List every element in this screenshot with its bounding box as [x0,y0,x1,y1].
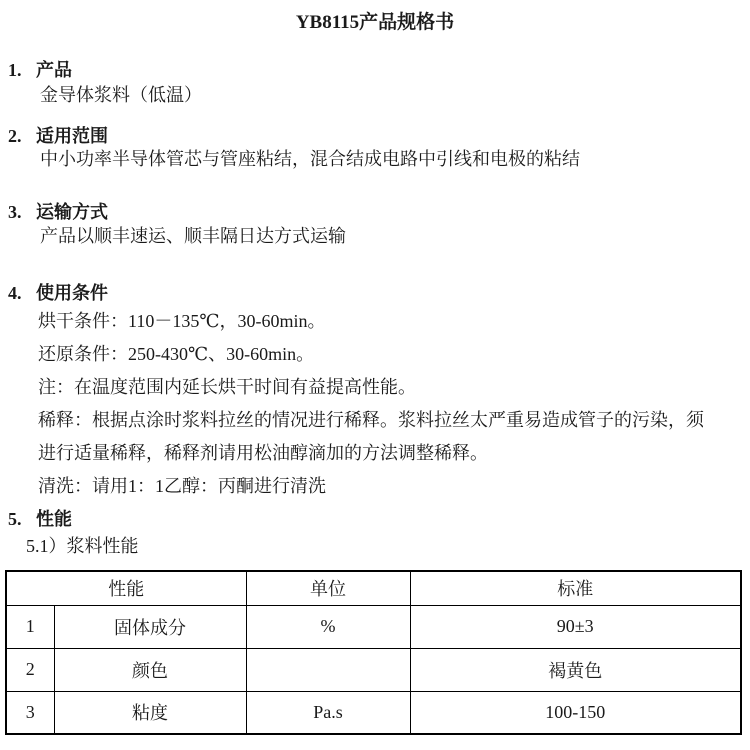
row-number-cell: 2 [6,648,54,691]
body-text-reduction: 还原条件：250-430℃、30-60min。 [38,344,742,364]
body-text-dilution-2: 进行适量稀释，稀释剂请用松油醇滴加的方法调整稀释。 [38,443,742,463]
table-header-standard: 标准 [410,571,741,605]
section-heading-row: 4. 使用条件 [8,283,742,303]
section-heading: 适用范围 [36,126,108,146]
unit-cell: Pa.s [246,691,410,734]
table-header-unit: 单位 [246,571,410,605]
table-header-property: 性能 [6,571,246,605]
unit-cell [246,648,410,691]
property-cell: 颜色 [54,648,246,691]
section-heading: 运输方式 [36,202,108,222]
body-text: 中小功率半导体管芯与管座粘结，混合结成电路中引线和电极的粘结 [40,149,742,169]
section-number: 3. [8,202,36,222]
body-text-dilution-1: 稀释：根据点涂时浆料拉丝的情况进行稀释。浆料拉丝太严重易造成管子的污染，须 [38,410,742,430]
section-scope: 2. 适用范围 中小功率半导体管芯与管座粘结，混合结成电路中引线和电极的粘结 [8,126,742,169]
section-shipping: 3. 运输方式 产品以顺丰速运、顺丰隔日达方式运输 [8,202,742,246]
row-number-cell: 1 [6,605,54,648]
body-text: 产品以顺丰速运、顺丰隔日达方式运输 [40,226,742,246]
table-row: 2 颜色 褐黄色 [6,648,741,691]
body-text-drying: 烘干条件：110－135℃，30-60min。 [38,311,742,331]
body-text: 金导体浆料（低温） [40,85,742,105]
section-heading-row: 5. 性能 [8,509,742,529]
section-number: 5. [8,509,36,529]
section-heading-row: 2. 适用范围 [8,126,742,146]
section-heading: 产品 [36,60,72,80]
section-product: 1. 产品 金导体浆料（低温） [8,60,742,105]
body-text-cleaning: 清洗：请用1：1乙醇：丙酮进行清洗 [38,476,742,496]
row-number-cell: 3 [6,691,54,734]
unit-cell: % [246,605,410,648]
property-cell: 粘度 [54,691,246,734]
property-cell: 固体成分 [54,605,246,648]
table-header-row: 性能 单位 标准 [6,571,741,605]
table-row: 3 粘度 Pa.s 100-150 [6,691,741,734]
document-page: YB8115产品规格书 1. 产品 金导体浆料（低温） 2. 适用范围 中小功率… [0,0,750,750]
section-heading-row: 3. 运输方式 [8,202,742,222]
section-body: 烘干条件：110－135℃，30-60min。 还原条件：250-430℃、30… [38,311,742,496]
document-title: YB8115产品规格书 [8,12,742,34]
section-number: 4. [8,283,36,303]
subsection-label: 5.1）浆料性能 [26,536,742,556]
section-number: 2. [8,126,36,146]
body-text-note: 注：在温度范围内延长烘干时间有益提高性能。 [38,377,742,397]
standard-cell: 90±3 [410,605,741,648]
standard-cell: 褐黄色 [410,648,741,691]
section-heading: 使用条件 [36,283,108,303]
section-usage-conditions: 4. 使用条件 烘干条件：110－135℃，30-60min。 还原条件：250… [8,283,742,496]
section-heading-row: 1. 产品 [8,60,742,80]
section-heading: 性能 [36,509,72,529]
table-row: 1 固体成分 % 90±3 [6,605,741,648]
standard-cell: 100-150 [410,691,741,734]
section-number: 1. [8,60,36,80]
section-performance: 5. 性能 [8,509,742,529]
properties-table: 性能 单位 标准 1 固体成分 % 90±3 2 颜色 褐黄色 3 粘度 Pa.… [5,570,742,735]
